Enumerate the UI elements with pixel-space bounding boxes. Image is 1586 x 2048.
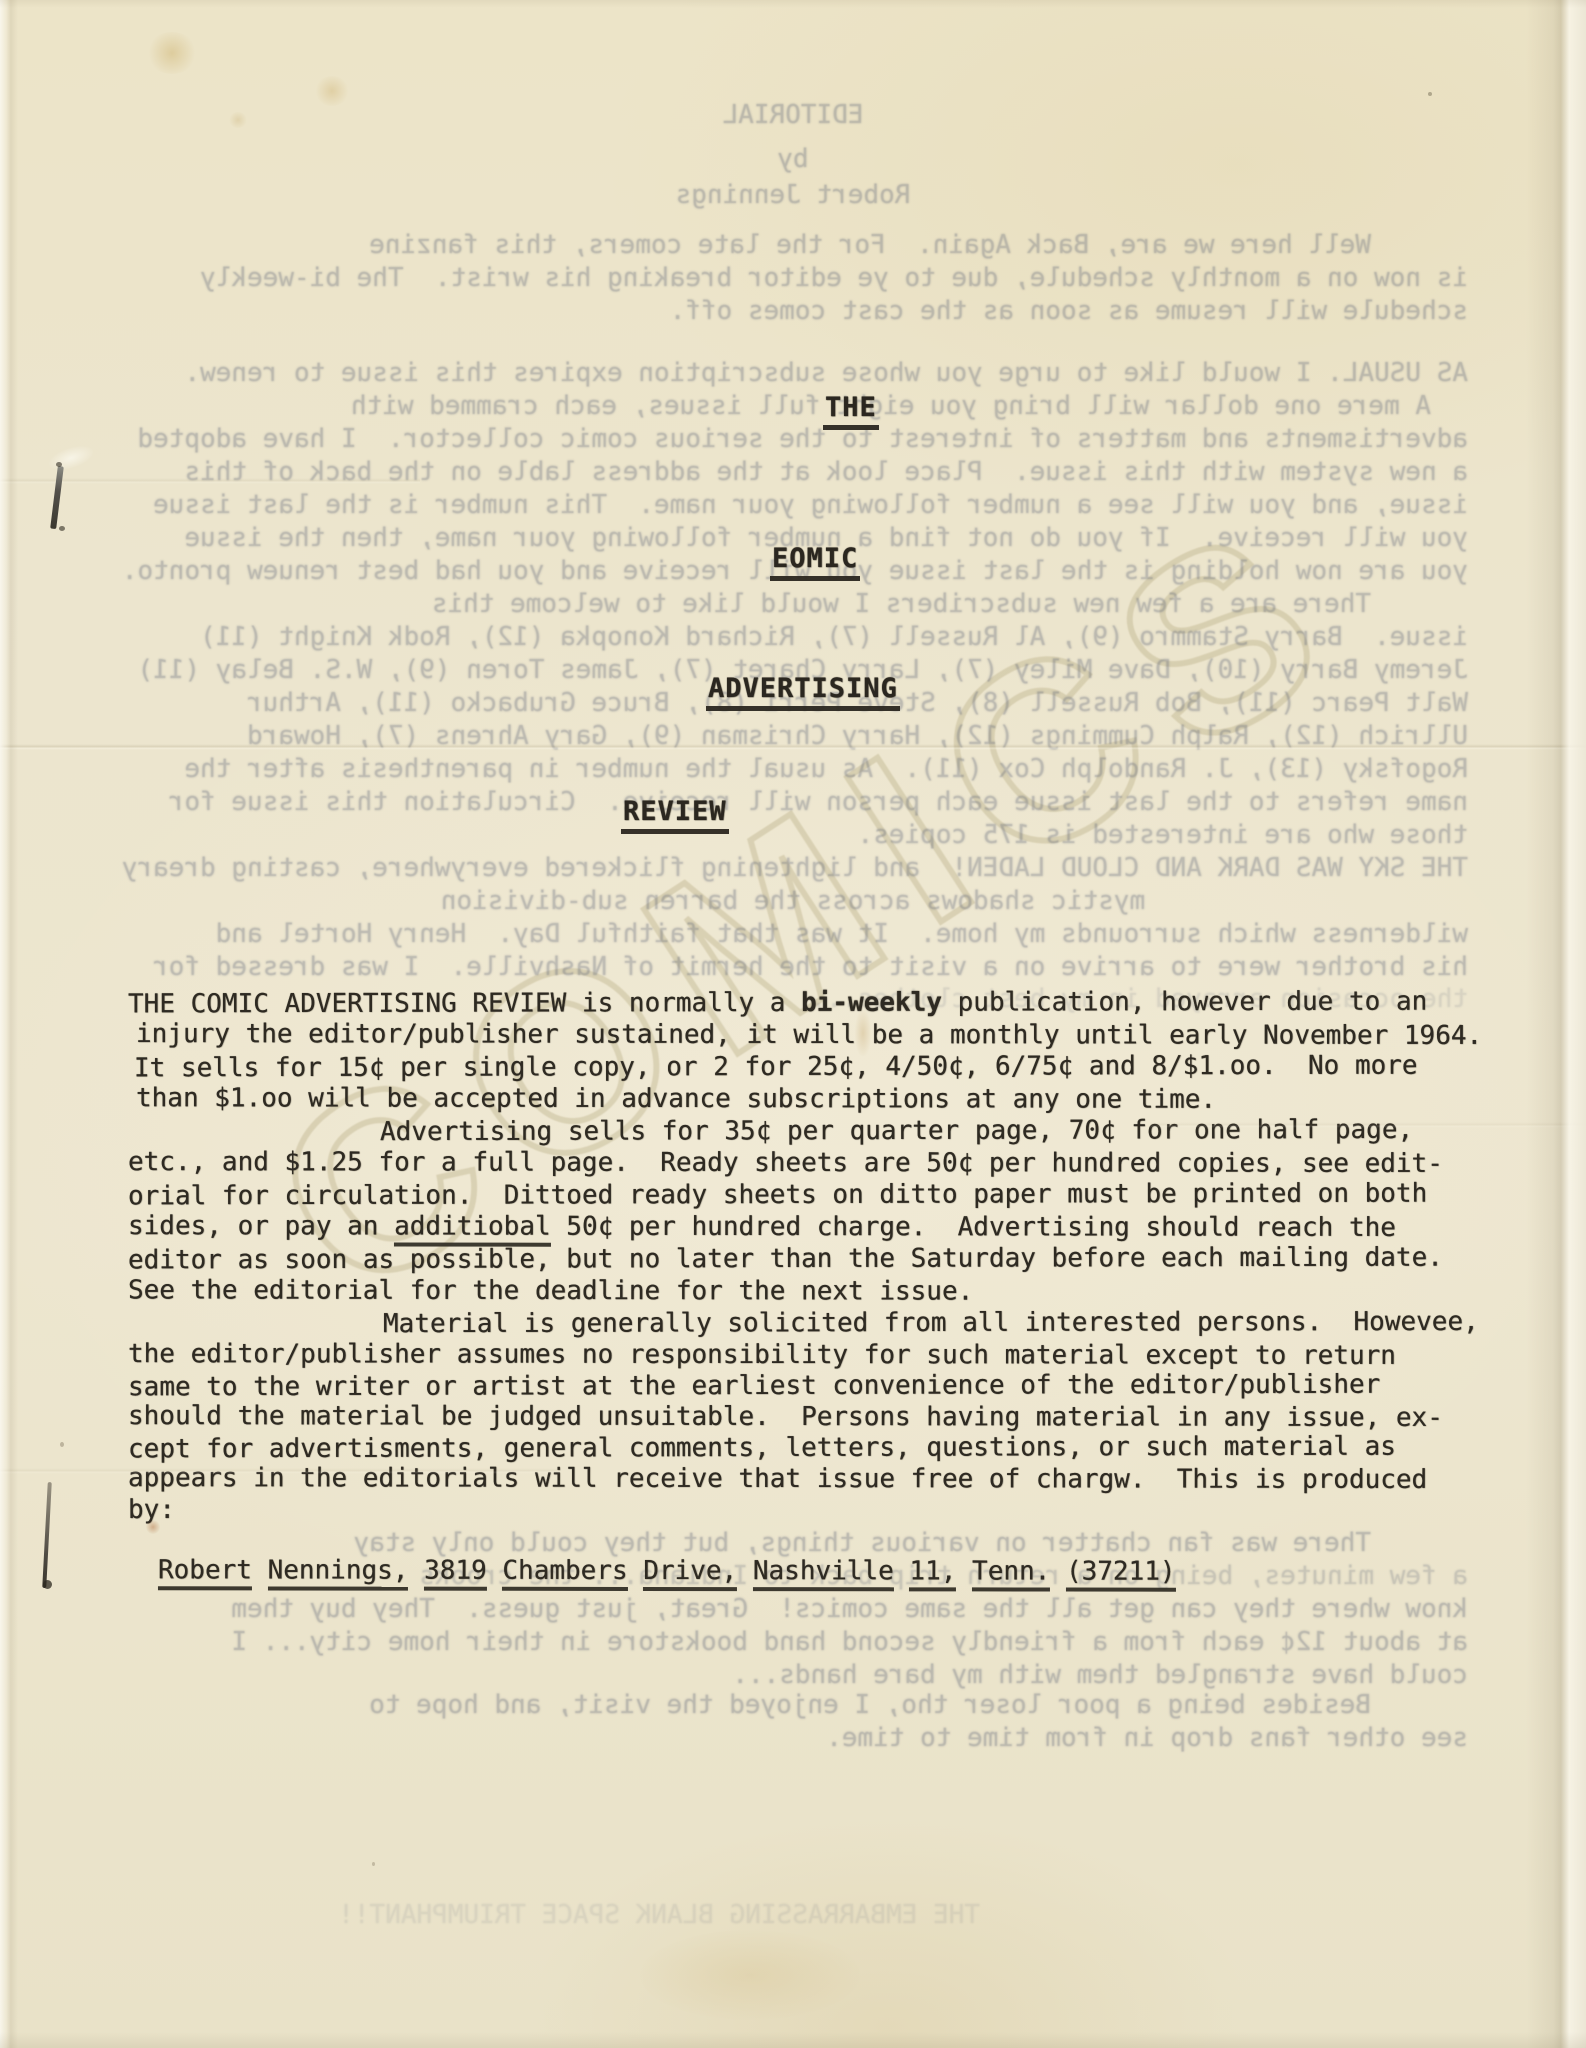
underlined-word: Chambers [502,1556,627,1591]
typed-line: THE COMIC ADVERTISING REVIEW is normally… [128,987,1427,1021]
typed-line: than $1.oo will be accepted in advance s… [136,1083,1216,1116]
typed-text: should the material be judged unsuitable… [128,1401,1443,1433]
typed-line: orial for circulation. Dittoed ready she… [128,1179,1427,1213]
masthead-word: EOMIC [770,543,860,581]
typed-text: than $1.oo will be accepted in advance s… [136,1083,1216,1115]
masthead-word: REVIEW [621,796,729,834]
typed-text: injury the editor/publisher sustained, i… [136,1019,1482,1051]
typed-text: same to the writer or artist at the earl… [128,1370,1380,1403]
typed-text: See the editorial for the deadline for t… [128,1275,973,1306]
typed-line: appears in the editorials will receive t… [128,1463,1427,1496]
typed-line: Advertising sells for 35¢ per quarter pa… [380,1115,1413,1148]
typed-line: editor as soon as possible, but no later… [128,1243,1443,1277]
typed-text: sides, or pay an [128,1211,394,1241]
underlined-word: Nennings, [268,1555,409,1590]
typed-text: publication, however due to an [942,987,1427,1018]
typed-text: It sells for 15¢ per single copy, or 2 f… [134,1051,1418,1084]
typed-line: by: [128,1495,175,1526]
typed-text: 50¢ per hundred charge. Advertising shou… [551,1212,1396,1243]
underlined-word: Nashville [753,1556,894,1591]
underlined-word: Robert [158,1555,252,1590]
underlined-word: Drive, [643,1556,737,1591]
typed-text: editor as soon as possible, but no later… [128,1243,1443,1276]
masthead-word: ADVERTISING [706,673,900,711]
underlined-word: (37211) [1066,1557,1176,1592]
underlined-word: 11, [909,1556,956,1591]
typed-line: injury the editor/publisher sustained, i… [136,1019,1482,1052]
typed-text: the editor/publisher assumes no responsi… [128,1339,1396,1371]
typed-text: Material is generally solicited from all… [383,1307,1479,1339]
scanned-page: COMICS EDITORIALbyRobert JenningsWell he… [0,0,1586,2048]
typed-text-layer: THEEOMICADVERTISINGREVIEWTHE COMIC ADVER… [0,0,1586,2048]
typed-line: the editor/publisher assumes no responsi… [128,1339,1396,1372]
typed-text: by: [128,1495,175,1525]
typed-line: etc., and $1.25 for a full page. Ready s… [128,1147,1443,1180]
typed-text: appears in the editorials will receive t… [128,1463,1427,1495]
typed-text: bi-weekly [801,988,942,1018]
typed-text: etc., and $1.25 for a full page. Ready s… [128,1147,1443,1179]
underlined-word: 3819 [424,1556,487,1591]
underlined-text: additiobal [394,1211,551,1246]
typed-text: orial for circulation. Dittoed ready she… [128,1179,1427,1212]
typed-line: See the editorial for the deadline for t… [128,1275,973,1307]
typed-text: cept for advertisments, general comments… [128,1432,1396,1465]
typed-text: THE COMIC ADVERTISING REVIEW is normally… [128,988,801,1019]
typed-line: cept for advertisments, general comments… [128,1432,1396,1466]
typed-line: sides, or pay an additiobal 50¢ per hund… [128,1211,1396,1244]
underlined-word: Tenn. [972,1556,1050,1591]
typed-line: Robert Nennings, 3819 Chambers Drive, Na… [158,1555,1176,1587]
typed-line: same to the writer or artist at the earl… [128,1370,1380,1404]
masthead-word: THE [823,392,879,430]
typed-line: should the material be judged unsuitable… [128,1401,1443,1434]
typed-text: Advertising sells for 35¢ per quarter pa… [380,1115,1413,1147]
typed-line: Material is generally solicited from all… [383,1307,1479,1340]
typed-line: It sells for 15¢ per single copy, or 2 f… [134,1051,1418,1085]
